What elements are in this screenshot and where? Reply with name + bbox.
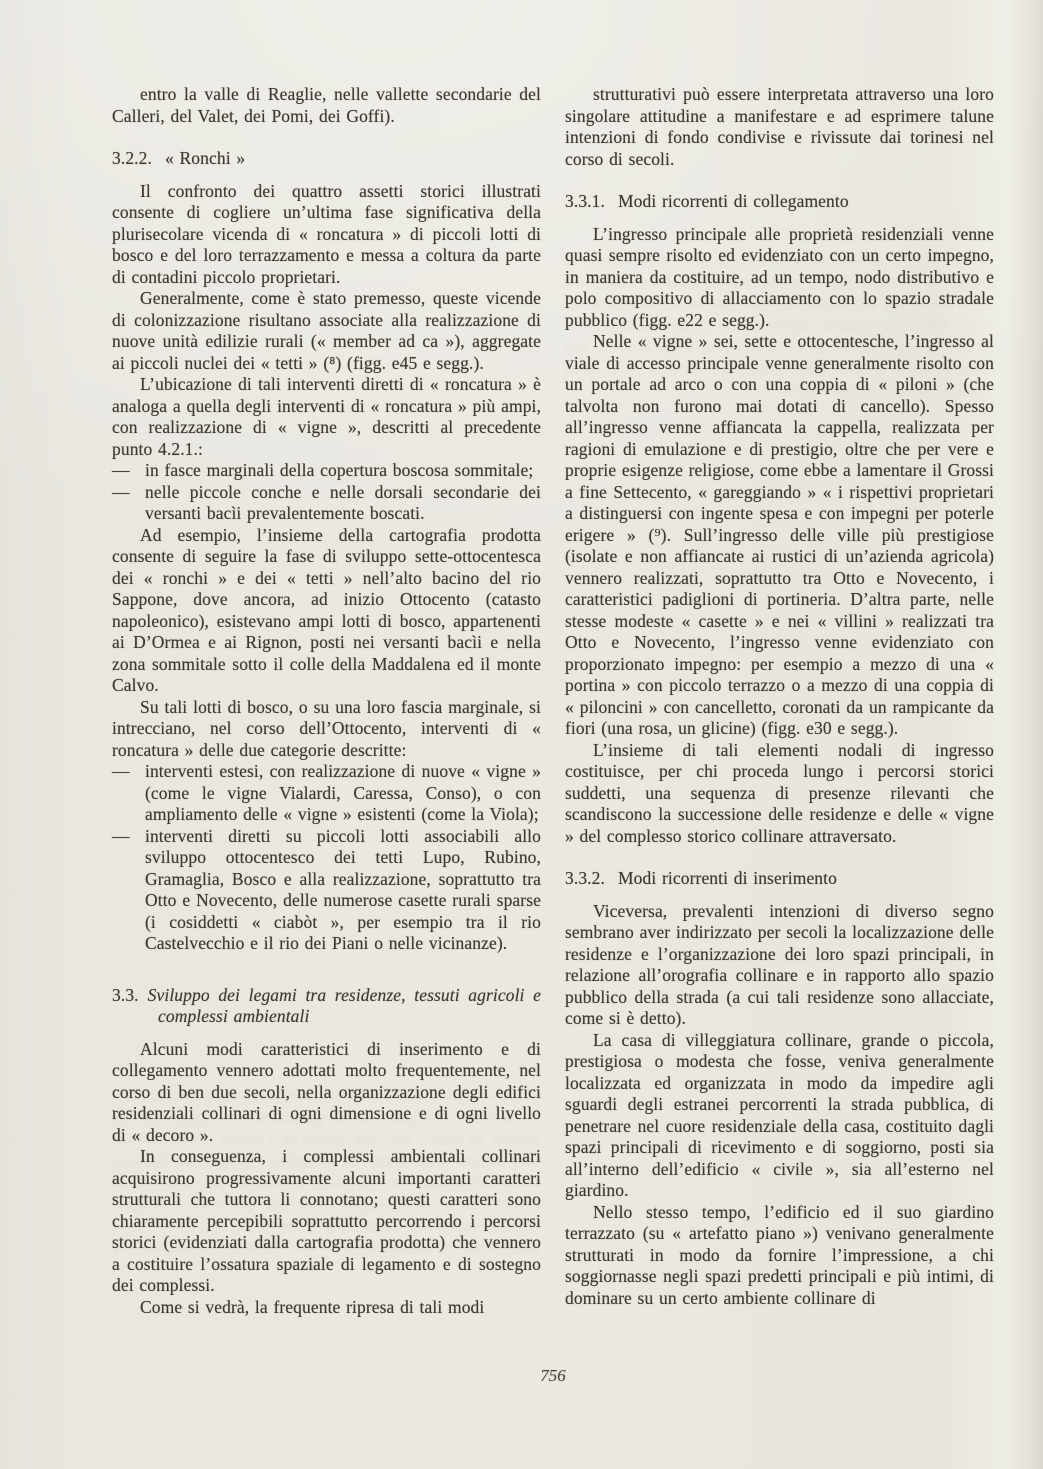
section-number: 3.3.2. (565, 868, 605, 888)
list-dash: — (112, 761, 130, 783)
paragraph: Su tali lotti di bosco, o su una loro fa… (112, 697, 541, 762)
section-number: 3.3. (112, 985, 139, 1005)
paragraph: L’insieme di tali elementi nodali di ing… (565, 740, 994, 848)
section-heading: 3.3.Sviluppo dei legami tra residenze, t… (112, 985, 541, 1028)
paragraph: Alcuni modi caratteristici di inseriment… (112, 1039, 541, 1147)
paragraph: Viceversa, prevalenti intenzioni di dive… (565, 901, 994, 1030)
list-dash: — (112, 460, 130, 482)
list-item-text: nelle piccole conche e nelle dorsali sec… (145, 482, 541, 524)
subsection-heading: 3.3.1.Modi ricorrenti di collegamento (565, 191, 994, 213)
section-heading: 3.2.2.« Ronchi » (112, 148, 541, 170)
paragraph: Nello stesso tempo, l’edificio ed il suo… (565, 1202, 994, 1310)
page-number: 756 (112, 1366, 994, 1386)
subsection-heading: 3.3.2.Modi ricorrenti di inserimento (565, 868, 994, 890)
list-item-text: in fasce marginali della copertura bosco… (145, 460, 533, 480)
paragraph: In conseguenza, i complessi ambientali c… (112, 1146, 541, 1297)
paragraph: Come si vedrà, la frequente ripresa di t… (112, 1297, 541, 1319)
paragraph: Il confronto dei quattro assetti storici… (112, 181, 541, 289)
section-title: Modi ricorrenti di inserimento (618, 868, 837, 888)
list-item: —in fasce marginali della copertura bosc… (112, 460, 541, 482)
list-dash: — (112, 482, 130, 504)
paragraph: L’ingresso principale alle proprietà res… (565, 224, 994, 332)
continued-paragraph: entro la valle di Reaglie, nelle vallett… (112, 84, 541, 127)
list-item: —interventi estesi, con realizzazione di… (112, 761, 541, 826)
left-text-column: entro la valle di Reaglie, nelle vallett… (112, 84, 541, 1318)
paragraph: L’ubicazione di tali interventi diretti … (112, 374, 541, 460)
list-item-text: interventi estesi, con realizzazione di … (145, 761, 541, 824)
section-title: Sviluppo dei legami tra residenze, tessu… (148, 985, 541, 1027)
section-number: 3.3.1. (565, 191, 605, 211)
paragraph: La casa di villeggiatura collinare, gran… (565, 1030, 994, 1202)
list-item: —interventi diretti su piccoli lotti ass… (112, 826, 541, 955)
section-title: Modi ricorrenti di collegamento (618, 191, 849, 211)
section-title: « Ronchi » (165, 148, 245, 168)
scanned-book-page: Ad esempio, l’insieme della cartografia … (0, 0, 1043, 1469)
paragraph: Generalmente, come è stato premesso, que… (112, 288, 541, 374)
list-item: —nelle piccole conche e nelle dorsali se… (112, 482, 541, 525)
paragraph: Nelle « vigne » sei, sette e ottocentesc… (565, 331, 994, 740)
list-dash: — (112, 826, 130, 848)
right-text-column: strutturativi può essere interpretata at… (565, 84, 994, 1309)
paragraph: Ad esempio, l’insieme della cartografia … (112, 525, 541, 697)
list-item-text: interventi diretti su piccoli lotti asso… (145, 826, 541, 954)
continued-paragraph: strutturativi può essere interpretata at… (565, 84, 994, 170)
section-number: 3.2.2. (112, 148, 152, 168)
